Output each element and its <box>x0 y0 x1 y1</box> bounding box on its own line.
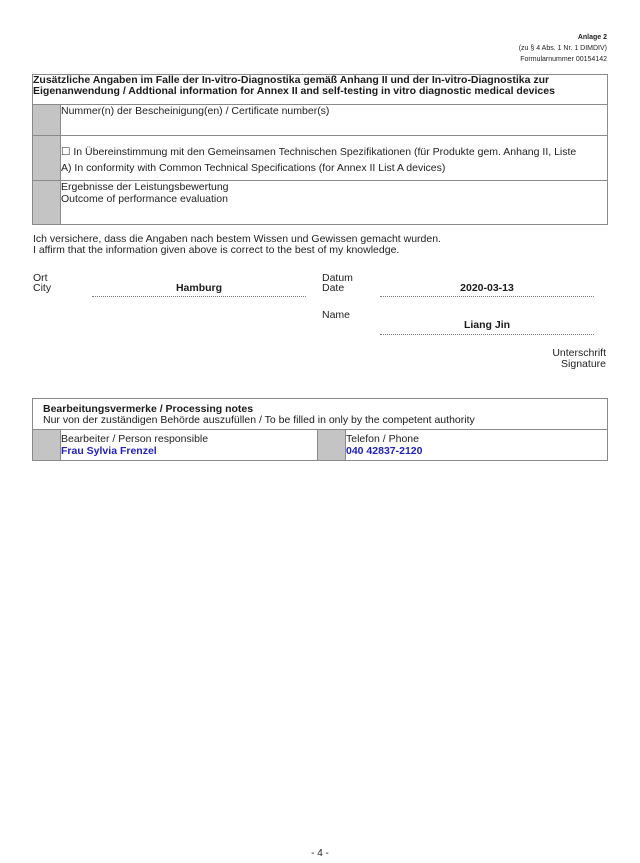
cts-conformity-field: ☐ In Übereinstimmung mit den Gemeinsamen… <box>61 136 608 181</box>
person-responsible-label: Bearbeiter / Person responsible <box>61 433 317 445</box>
grey-marker-cell <box>33 181 61 225</box>
name-value: Liang Jin <box>464 319 510 331</box>
phone-field: Telefon / Phone 040 42837-2120 <box>346 430 608 461</box>
processing-notes-subtitle: Nur von der zuständigen Behörde auszufül… <box>43 415 597 426</box>
performance-evaluation-label-en: Outcome of performance evaluation <box>61 193 607 205</box>
additional-info-table: Zusätzliche Angaben im Falle der In-vitr… <box>32 74 608 225</box>
processing-notes-header: Bearbeitungsvermerke / Processing notes … <box>33 399 608 430</box>
city-label-en: City <box>33 283 51 293</box>
cts-label-en: A) In conformity with Common Technical S… <box>61 160 607 176</box>
declaration-en: I affirm that the information given abov… <box>33 245 441 256</box>
processing-notes-table: Bearbeitungsvermerke / Processing notes … <box>32 398 608 461</box>
legal-reference: (zu § 4 Abs. 1 Nr. 1 DIMDIV) <box>519 43 607 54</box>
performance-evaluation-row: Ergebnisse der Leistungsbewertung Outcom… <box>33 181 608 225</box>
signature-label: Unterschrift Signature <box>552 348 606 370</box>
form-header: Anlage 2 (zu § 4 Abs. 1 Nr. 1 DIMDIV) Fo… <box>519 32 607 65</box>
grey-marker-cell <box>33 105 61 136</box>
certificate-number-field[interactable]: Nummer(n) der Bescheinigung(en) / Certif… <box>61 105 608 136</box>
cts-checkbox[interactable]: ☐ <box>61 146 70 158</box>
cts-label-de: In Übereinstimmung mit den Gemeinsamen T… <box>73 146 576 158</box>
grey-marker-cell <box>318 430 346 461</box>
date-label-en: Date <box>322 283 353 293</box>
signature-label-en: Signature <box>552 359 606 370</box>
performance-evaluation-label-de: Ergebnisse der Leistungsbewertung <box>61 181 607 193</box>
city-field[interactable]: Hamburg <box>92 282 306 297</box>
name-field[interactable]: Liang Jin <box>380 319 594 335</box>
phone-label: Telefon / Phone <box>346 433 607 445</box>
cts-conformity-row: ☐ In Übereinstimmung mit den Gemeinsamen… <box>33 136 608 181</box>
performance-evaluation-field[interactable]: Ergebnisse der Leistungsbewertung Outcom… <box>61 181 608 225</box>
date-value: 2020-03-13 <box>460 282 514 294</box>
name-label: Name <box>322 310 350 320</box>
annex-label: Anlage 2 <box>519 32 607 43</box>
grey-marker-cell <box>33 136 61 181</box>
date-label: Datum Date <box>322 273 353 293</box>
page-number: - 4 - <box>0 848 640 860</box>
declaration: Ich versichere, dass die Angaben nach be… <box>33 234 441 256</box>
person-responsible-value: Frau Sylvia Frenzel <box>61 445 317 457</box>
title-line-2: Eigenanwendung / Addtional information f… <box>33 86 607 97</box>
certificate-number-label: Nummer(n) der Bescheinigung(en) / Certif… <box>61 105 607 117</box>
city-value: Hamburg <box>176 282 222 294</box>
grey-marker-cell <box>33 430 61 461</box>
form-number: Formularnummer 00154142 <box>519 54 607 65</box>
additional-info-title: Zusätzliche Angaben im Falle der In-vitr… <box>33 75 608 105</box>
city-label: Ort City <box>33 273 51 293</box>
date-field[interactable]: 2020-03-13 <box>380 282 594 297</box>
phone-value: 040 42837-2120 <box>346 445 607 457</box>
person-responsible-field: Bearbeiter / Person responsible Frau Syl… <box>61 430 318 461</box>
certificate-number-row: Nummer(n) der Bescheinigung(en) / Certif… <box>33 105 608 136</box>
